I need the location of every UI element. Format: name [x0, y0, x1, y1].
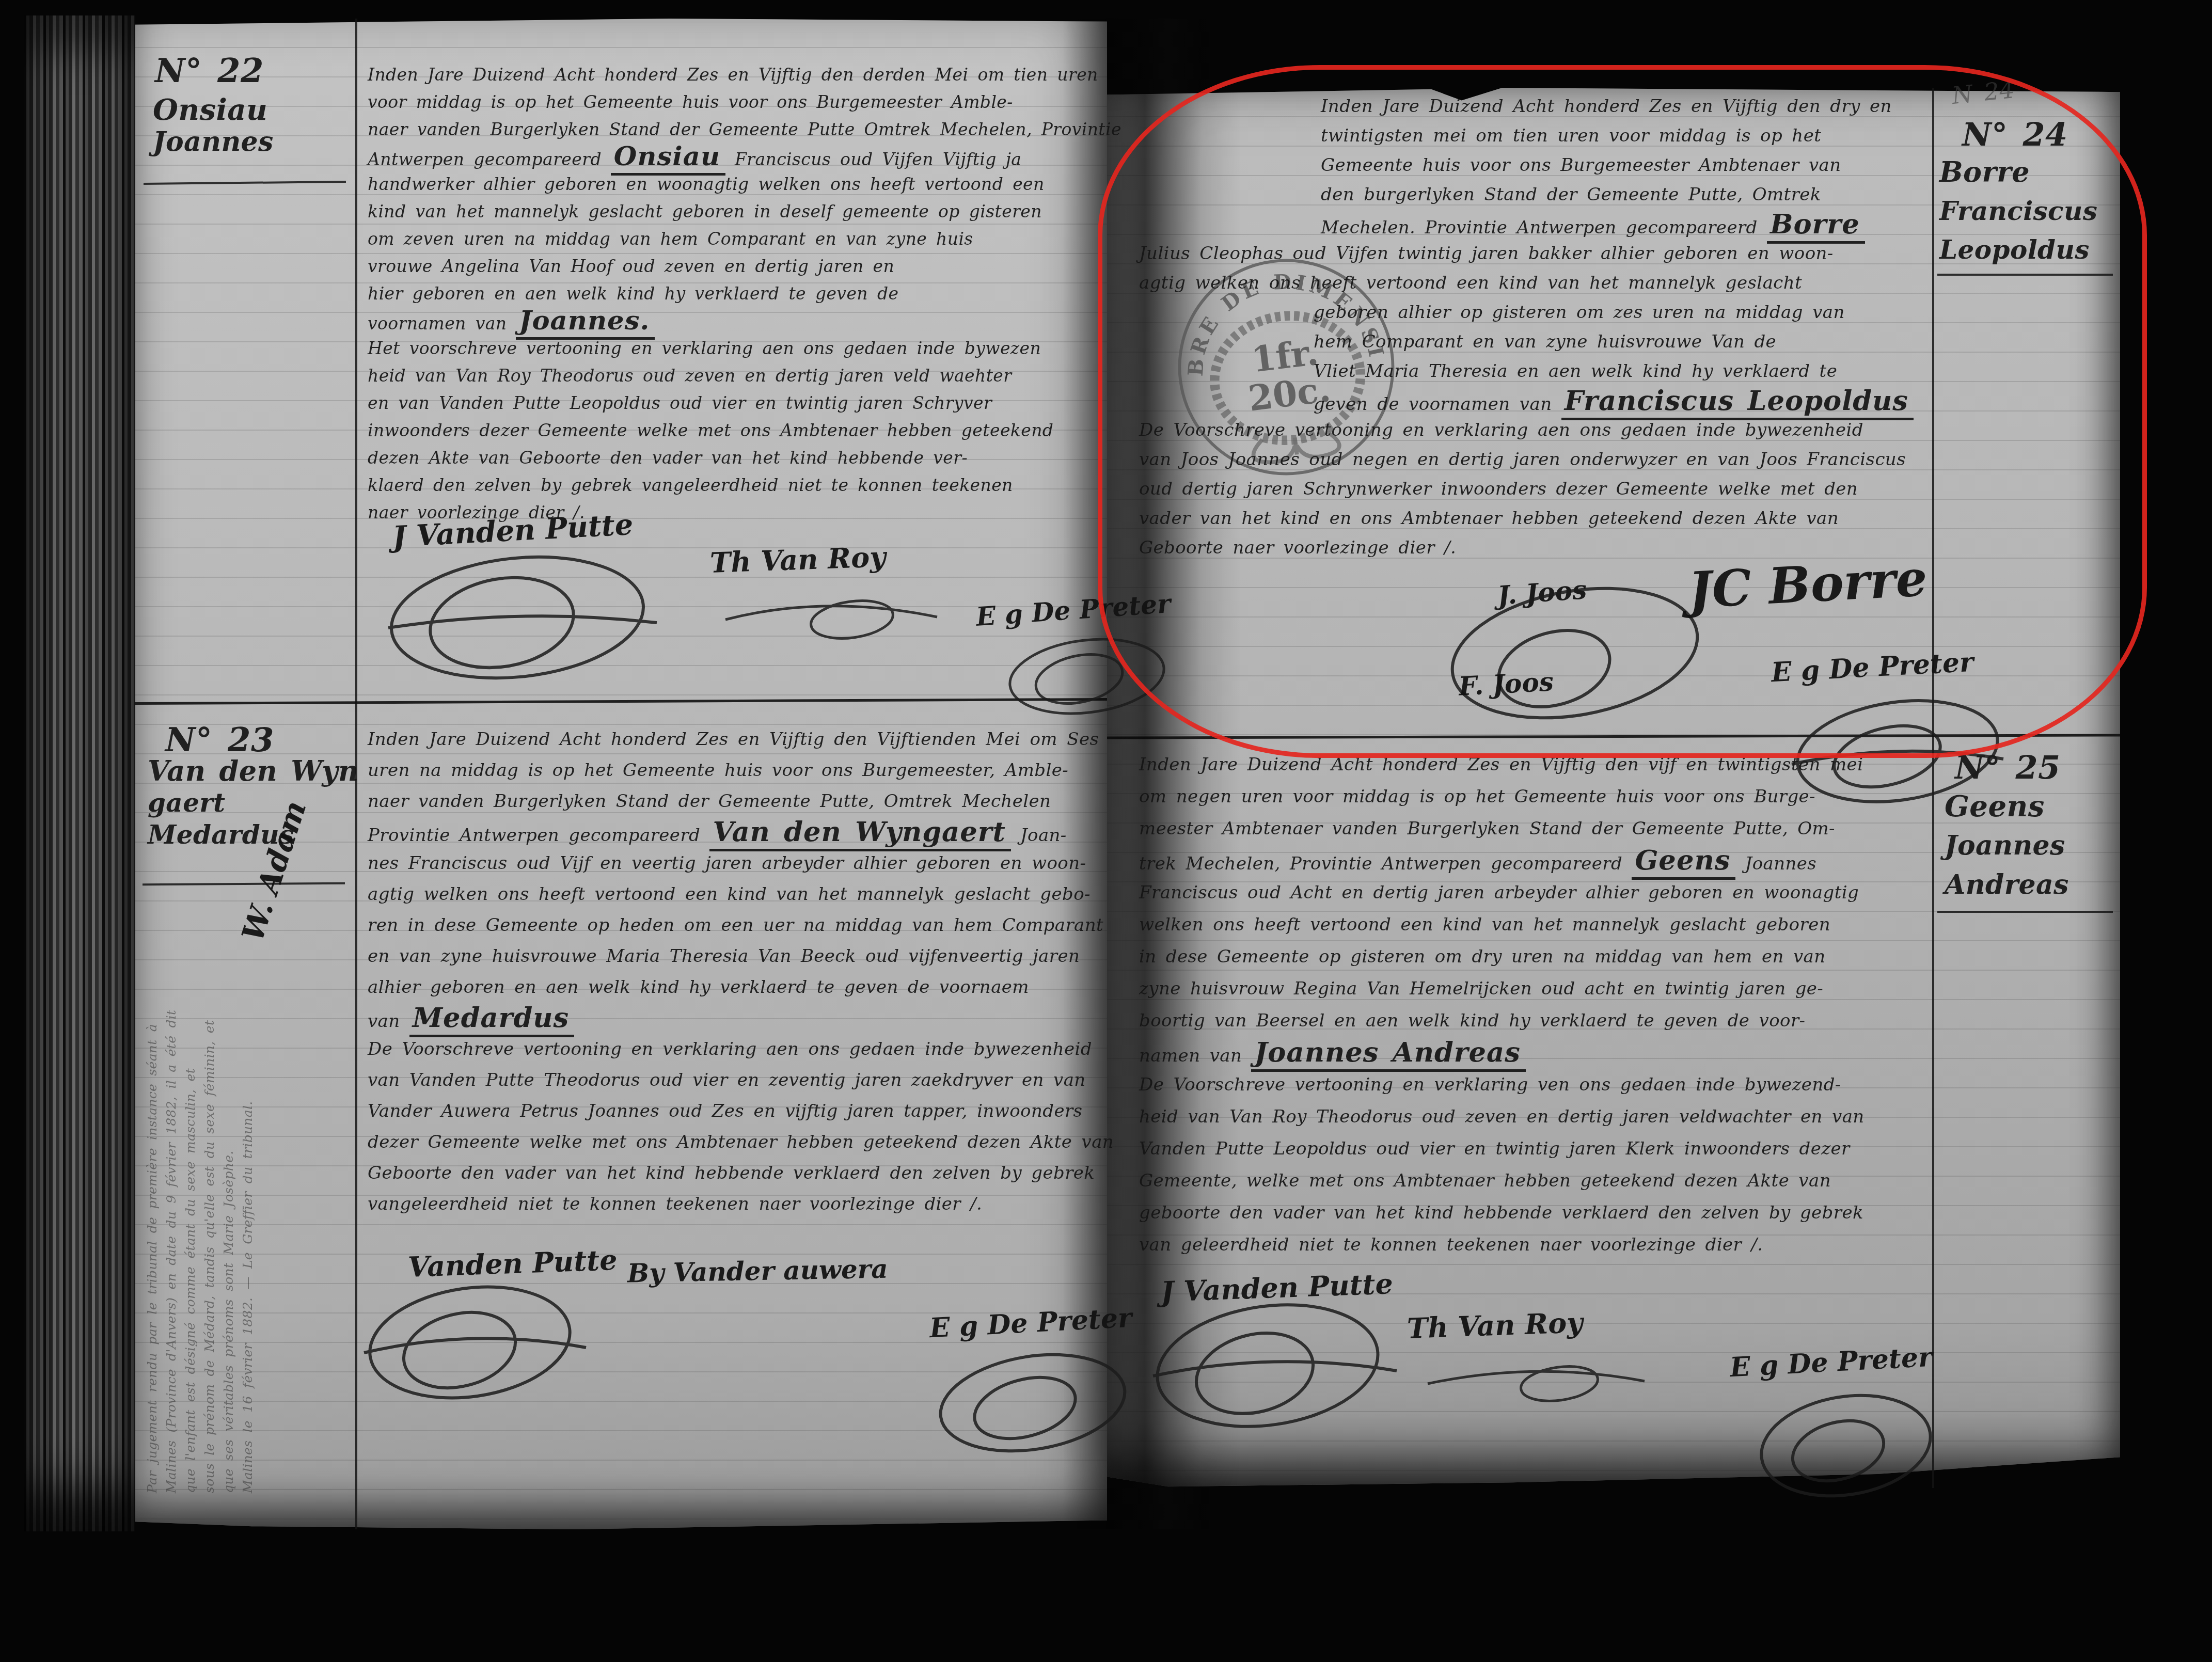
- signature-flourish: [361, 1275, 589, 1415]
- body-line: kind van het mannelyk geslacht geboren i…: [368, 198, 1103, 225]
- line-text: namen van: [1139, 1046, 1251, 1066]
- body-line: zyne huisvrouw Regina Van Hemelrijcken o…: [1139, 973, 1914, 1005]
- entry-23-comparant-line: Provintie Antwerpen gecompareerd Van den…: [368, 817, 1103, 848]
- entry-23-margin-name: Van den WyngaertMedardus: [148, 755, 359, 851]
- entry-22-comparant-line: Antwerpen gecompareerd Onsiau Franciscus…: [368, 143, 1103, 170]
- body-line: naer vanden Burgerlyken Stand der Gemeen…: [368, 786, 1103, 817]
- body-line: nes Franciscus oud Vijf en veertig jaren…: [368, 848, 1103, 879]
- body-line: Geboorte den vader van het kind hebbende…: [368, 1158, 1103, 1189]
- line-text: Franciscus oud Vijfen Vijftig ja: [725, 149, 1021, 169]
- body-line: om zeven uren na middag van hem Comparan…: [368, 225, 1103, 252]
- margin-name-line: Onsiau: [153, 94, 274, 126]
- body-line: Vander Auwera Petrus Joannes oud Zes en …: [368, 1096, 1103, 1127]
- line-text: Joannes: [1735, 853, 1816, 874]
- line-text: Antwerpen gecompareerd: [368, 149, 611, 169]
- entry-22-given-name-line: voornamen van Joannes.: [368, 307, 1103, 335]
- margin-name-line: gaert: [148, 787, 359, 819]
- margin-name-line: Medardus: [148, 819, 359, 851]
- body-line: en van Vanden Putte Leopoldus oud vier e…: [368, 389, 1103, 417]
- line-text: Provintie Antwerpen gecompareerd: [368, 825, 709, 846]
- signature-flourish: [723, 589, 940, 651]
- body-line: vangeleerdheid niet te konnen teekenen n…: [368, 1189, 1103, 1220]
- body-line: van Vanden Putte Theodorus oud vier en z…: [368, 1065, 1103, 1096]
- entry-25-middle-lines: Franciscus oud Acht en dertig jaren arbe…: [1139, 877, 1914, 1037]
- entry-22-margin-name: OnsiauJoannes: [153, 94, 274, 158]
- marginal-note-line: Malines le 16 février 1882. — Le Greffie…: [238, 881, 257, 1493]
- body-line: Inden Jare Duizend Acht honderd Zes en V…: [368, 724, 1103, 755]
- entry-23-closing-lines: De Voorschreve vertooning en verklaring …: [368, 1034, 1103, 1220]
- surname-underlined: Van den Wyngaert: [709, 816, 1010, 851]
- body-line: heid van Van Roy Theodorus oud zeven en …: [1139, 1101, 1914, 1133]
- line-text: voornamen van: [368, 313, 516, 334]
- body-line: voor middag is op het Gemeente huis voor…: [368, 88, 1103, 116]
- entry-22-opening-lines: Inden Jare Duizend Acht honderd Zes en V…: [368, 61, 1103, 143]
- marginal-note-line: Malines (Province d'Anvers) en date du 9…: [162, 881, 181, 1493]
- body-line: Gemeente, welke met ons Ambtenaer hebben…: [1139, 1165, 1914, 1197]
- body-line: handwerker alhier geboren en woonagtig w…: [368, 170, 1103, 198]
- body-line: De Voorschreve vertooning en verklaring …: [1139, 1069, 1914, 1101]
- body-line: agtig welken ons heeft vertoond een kind…: [368, 879, 1103, 910]
- body-line: dezer Gemeente welke met ons Ambtenaer h…: [368, 1127, 1103, 1158]
- body-line: naer vanden Burgerlyken Stand der Gemeen…: [368, 116, 1103, 143]
- surname-underlined: Geens: [1632, 845, 1735, 880]
- body-line: en van zyne huisvrouwe Maria Theresia Va…: [368, 941, 1103, 972]
- body-line: boortig van Beersel en aen welk kind hy …: [1139, 1005, 1914, 1037]
- red-highlight-oval: [1098, 65, 2147, 758]
- line-text: Joan-: [1011, 825, 1067, 846]
- body-line: uren na middag is op het Gemeente huis v…: [368, 755, 1103, 786]
- given-name-underlined: Joannes Andreas: [1251, 1037, 1525, 1072]
- body-line: heid van Van Roy Theodorus oud zeven en …: [368, 362, 1103, 389]
- margin-name-line: Joannes: [1945, 826, 2069, 865]
- signature-flourish: [929, 1349, 1136, 1467]
- body-line: klaerd den zelven by gebrek vangeleerdhe…: [368, 471, 1103, 499]
- entry-25-closing-lines: De Voorschreve vertooning en verklaring …: [1139, 1069, 1914, 1261]
- body-line: welken ons heeft vertoond een kind van h…: [1139, 909, 1914, 941]
- entry-22-middle-lines: handwerker alhier geboren en woonagtig w…: [368, 170, 1103, 307]
- signature-flourish: [383, 545, 662, 695]
- body-line: Franciscus oud Acht en dertig jaren arbe…: [1139, 877, 1914, 909]
- marginal-note-line: Par jugement rendu par le tribunal de pr…: [143, 881, 162, 1493]
- marginal-note-line: que l'enfant est désigné comme étant du …: [181, 881, 200, 1493]
- entry-23-opening-lines: Inden Jare Duizend Acht honderd Zes en V…: [368, 724, 1103, 817]
- book-page-edges: [24, 15, 135, 1531]
- body-line: hier geboren en aen welk kind hy verklae…: [368, 280, 1103, 307]
- body-line: ren in dese Gemeente op heden om een uer…: [368, 910, 1103, 941]
- entry-23-given-name-line: van Medardus: [368, 1003, 1103, 1034]
- register-scan: N° 22 OnsiauJoannes Inden Jare Duizend A…: [0, 0, 2212, 1662]
- margin-name-line: Joannes: [153, 126, 274, 158]
- body-line: inwoonders dezer Gemeente welke met ons …: [368, 417, 1103, 444]
- body-line: dezen Akte van Geboorte den vader van he…: [368, 444, 1103, 471]
- entry-25-given-name-line: namen van Joannes Andreas: [1139, 1037, 1914, 1069]
- marginal-court-annotation: Par jugement rendu par le tribunal de pr…: [143, 881, 257, 1493]
- signature-flourish: [1149, 1293, 1402, 1443]
- entry-22-closing-lines: Het voorschreve vertooning en verklaring…: [368, 335, 1103, 526]
- body-line: in dese Gemeente op gisteren om dry uren…: [1139, 941, 1914, 973]
- body-line: van geleerdheid niet te konnen teekenen …: [1139, 1229, 1914, 1261]
- body-line: geboorte den vader van het kind hebbende…: [1139, 1197, 1914, 1229]
- entry-25-comparant-line: trek Mechelen, Provintie Antwerpen gecom…: [1139, 845, 1914, 877]
- entry-22-body: Inden Jare Duizend Acht honderd Zes en V…: [368, 61, 1103, 526]
- body-line: Vanden Putte Leopoldus oud vier en twint…: [1139, 1133, 1914, 1165]
- entry-25-body: Inden Jare Duizend Acht honderd Zes en V…: [1139, 749, 1914, 1261]
- margin-name-line: Van den Wyn: [148, 755, 359, 787]
- entry-23-body: Inden Jare Duizend Acht honderd Zes en V…: [368, 724, 1103, 1220]
- marginal-note-line: sous le prénom de Médard, tandis qu'elle…: [200, 881, 219, 1493]
- entry-22-margin-number: N° 22: [155, 52, 264, 90]
- body-line: vrouwe Angelina Van Hoof oud zeven en de…: [368, 252, 1103, 280]
- signature-flourish: [1750, 1389, 1941, 1518]
- body-line: Het voorschreve vertooning en verklaring…: [368, 335, 1103, 362]
- signature-van-roy: Th Van Roy: [1407, 1306, 1584, 1345]
- marginal-note-lines: Par jugement rendu par le tribunal de pr…: [143, 881, 257, 1493]
- line-text: van: [368, 1011, 409, 1032]
- body-line: Inden Jare Duizend Acht honderd Zes en V…: [368, 61, 1103, 88]
- entry-23-margin-number: N° 23: [165, 721, 274, 759]
- signature-vander-auwera: By Vander auwera: [627, 1254, 888, 1289]
- margin-name-line: Andreas: [1945, 865, 2069, 905]
- marginal-note-line: que ses véritables prénoms sont Marie Jo…: [219, 881, 238, 1493]
- entry-25-margin-underline: [1937, 911, 2113, 913]
- given-name-underlined: Medardus: [409, 1002, 574, 1037]
- entry-23-middle-lines: nes Franciscus oud Vijf en veertig jaren…: [368, 848, 1103, 1003]
- signature-van-roy: Th Van Roy: [709, 540, 887, 579]
- body-line: De Voorschreve vertooning en verklaring …: [368, 1034, 1103, 1065]
- signature-flourish: [1425, 1355, 1647, 1412]
- body-line: alhier geboren en aen welk kind hy verkl…: [368, 972, 1103, 1003]
- line-text: trek Mechelen, Provintie Antwerpen gecom…: [1139, 853, 1632, 874]
